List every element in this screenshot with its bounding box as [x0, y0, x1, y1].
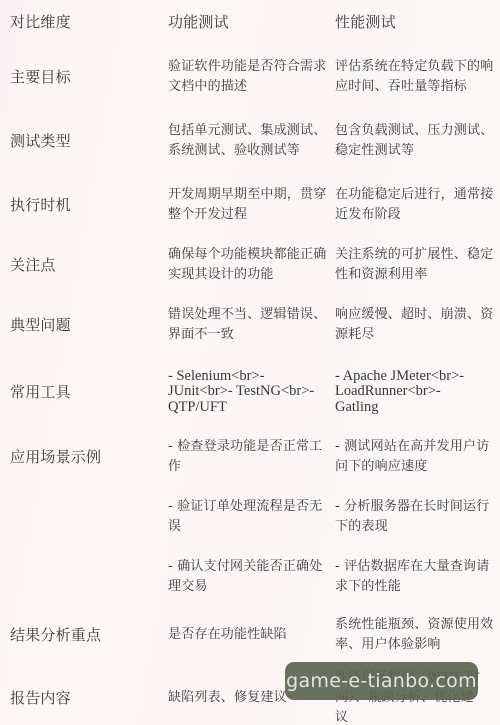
row-label: 结果分析重点 — [10, 625, 168, 645]
table-row-execution-timing: 执行时机 开发周期早期至中期，贯穿整个开发过程 在功能稳定后进行，通常接近发布阶… — [0, 182, 500, 228]
row-label: 执行时机 — [10, 195, 168, 215]
row-label: 关注点 — [10, 255, 168, 275]
row-label: 报告内容 — [10, 688, 168, 708]
performance-cell: 包含负载测试、压力测试、稳定性测试等 — [335, 121, 497, 161]
performance-cell: - Apache JMeter<br>- LoadRunner<br>- Gat… — [335, 369, 485, 416]
column-header-functional: 功能测试 — [168, 12, 335, 32]
performance-cell: 在功能稳定后进行，通常接近发布阶段 — [335, 185, 497, 225]
comparison-table: 对比维度 功能测试 性能测试 主要目标 验证软件功能是否符合需求文档中的描述 评… — [0, 0, 500, 725]
performance-cell: 评估系统在特定负载下的响应时间、吞吐量等指标 — [335, 57, 497, 97]
table-row-main-goal: 主要目标 验证软件功能是否符合需求文档中的描述 评估系统在特定负载下的响应时间、… — [0, 54, 500, 100]
table-row-common-tools: 常用工具 - Selenium<br>- JUnit<br>- TestNG<b… — [0, 360, 500, 424]
functional-cell: - 检查登录功能是否正常工作 — [168, 437, 335, 477]
functional-cell: 错误处理不当、逻辑错误、界面不一致 — [168, 305, 335, 345]
functional-cell: - Selenium<br>- JUnit<br>- TestNG<br>- Q… — [168, 369, 318, 416]
functional-cell: 开发周期早期至中期，贯穿整个开发过程 — [168, 185, 335, 225]
row-label: 测试类型 — [10, 131, 168, 151]
performance-cell: 响应缓慢、超时、崩溃、资源耗尽 — [335, 305, 497, 345]
functional-cell: 验证软件功能是否符合需求文档中的描述 — [168, 57, 335, 97]
performance-cell: - 测试网站在高并发用户访问下的响应速度 — [335, 437, 497, 477]
row-label: 主要目标 — [10, 67, 168, 87]
table-row-scenario-2: - 验证订单处理流程是否无误 - 分析服务器在长时间运行下的表现 — [0, 494, 500, 540]
performance-cell: - 分析服务器在长时间运行下的表现 — [335, 497, 497, 537]
watermark-text: game-e-tianbo.com — [286, 670, 477, 692]
table-row-focus: 关注点 确保每个功能模块都能正确实现其设计的功能 关注系统的可扩展性、稳定性和资… — [0, 242, 500, 288]
table-header-row: 对比维度 功能测试 性能测试 — [0, 12, 500, 32]
row-label: 典型问题 — [10, 315, 168, 335]
functional-cell: - 确认支付网关能否正确处理交易 — [168, 557, 335, 597]
table-row-test-types: 测试类型 包括单元测试、集成测试、系统测试、验收测试等 包含负载测试、压力测试、… — [0, 118, 500, 164]
table-row-result-analysis: 结果分析重点 是否存在功能性缺陷 系统性能瓶颈、资源使用效率、用户体验影响 — [0, 612, 500, 658]
functional-cell: 包括单元测试、集成测试、系统测试、验收测试等 — [168, 121, 335, 161]
functional-cell: 确保每个功能模块都能正确实现其设计的功能 — [168, 245, 335, 285]
performance-cell: 系统性能瓶颈、资源使用效率、用户体验影响 — [335, 615, 497, 655]
table-row-scenario-1: 应用场景示例 - 检查登录功能是否正常工作 - 测试网站在高并发用户访问下的响应… — [0, 434, 500, 480]
watermark-badge: game-e-tianbo.com — [285, 662, 478, 700]
performance-cell: - 评估数据库在大量查询请求下的性能 — [335, 557, 497, 597]
column-header-performance: 性能测试 — [335, 12, 497, 32]
table-row-typical-issues: 典型问题 错误处理不当、逻辑错误、界面不一致 响应缓慢、超时、崩溃、资源耗尽 — [0, 302, 500, 348]
functional-cell: 是否存在功能性缺陷 — [168, 625, 335, 645]
column-header-dimension: 对比维度 — [10, 12, 168, 32]
row-label: 应用场景示例 — [10, 447, 168, 467]
row-label: 常用工具 — [10, 382, 168, 402]
performance-cell: 关注系统的可扩展性、稳定性和资源利用率 — [335, 245, 497, 285]
functional-cell: - 验证订单处理流程是否无误 — [168, 497, 335, 537]
table-row-scenario-3: - 确认支付网关能否正确处理交易 - 评估数据库在大量查询请求下的性能 — [0, 554, 500, 600]
